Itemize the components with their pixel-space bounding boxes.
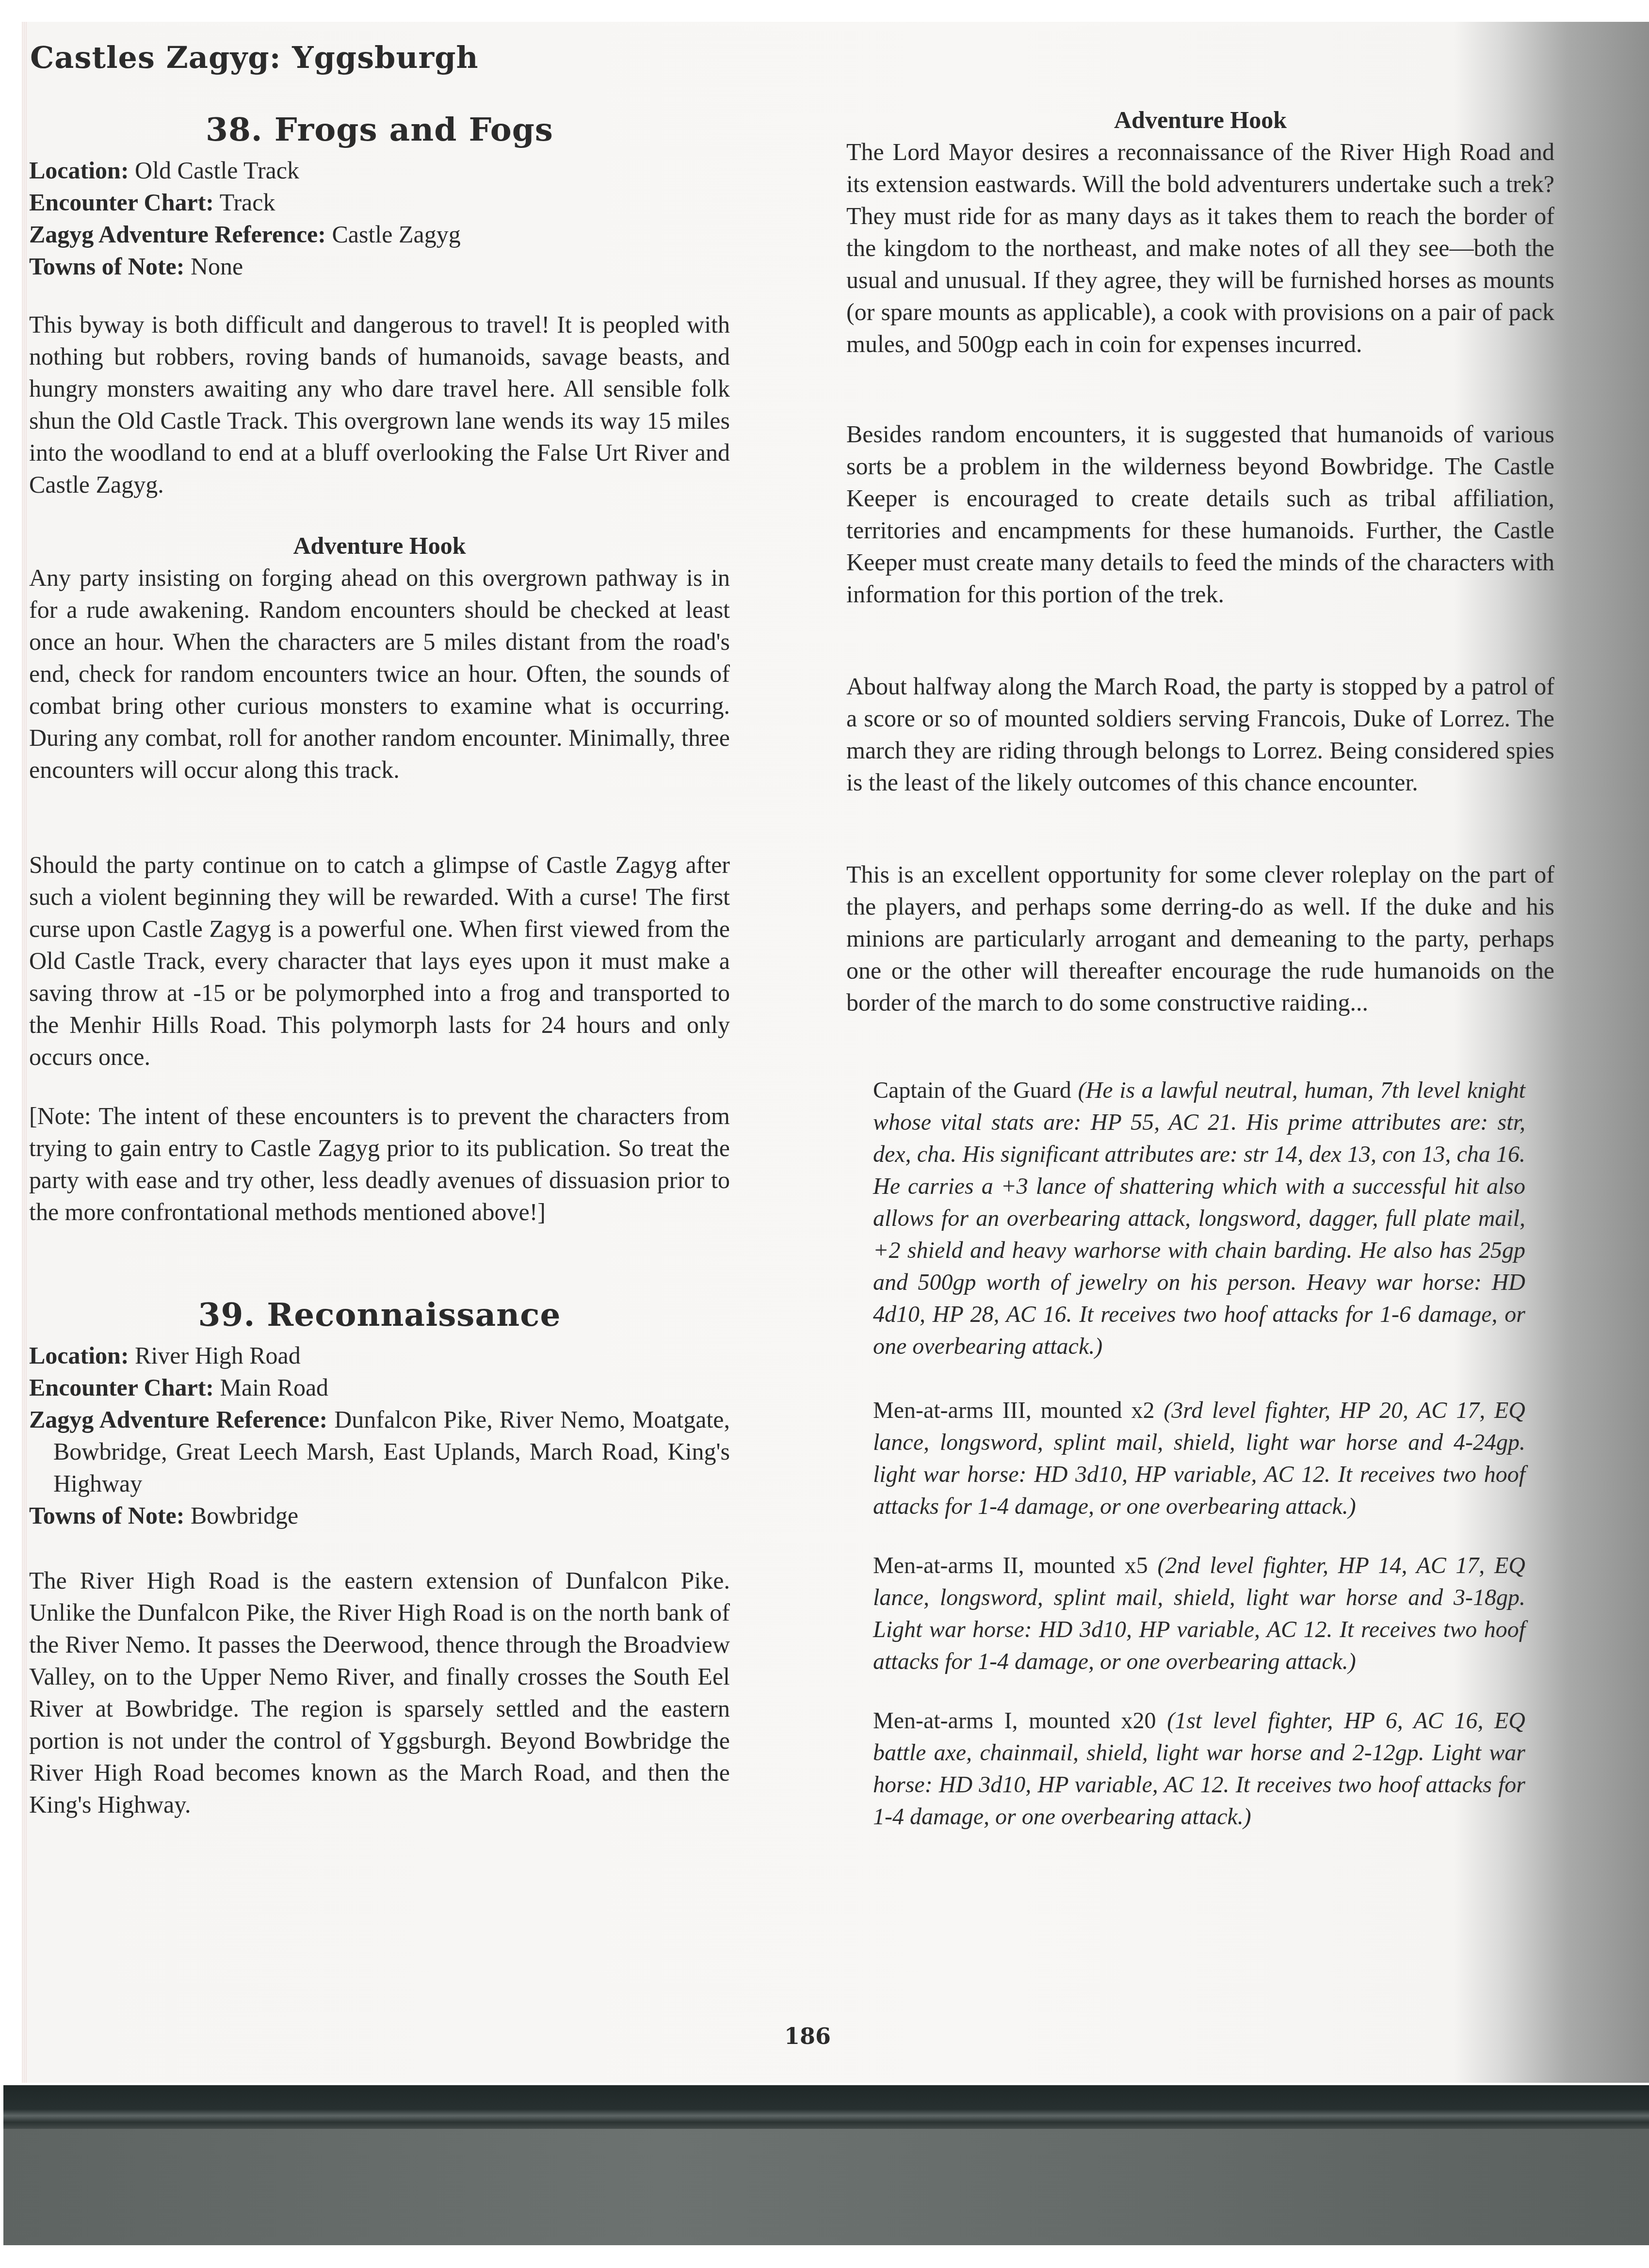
section-38-hook-paragraph: Should the party continue on to catch a … [29, 849, 730, 1073]
encounter-chart-row: Encounter Chart: Main Road [29, 1371, 730, 1403]
section-39-meta: Location: River High Road Encounter Char… [29, 1339, 730, 1531]
page-number: 186 [784, 2023, 831, 2049]
adventure-hook-heading: Adventure Hook [846, 104, 1554, 136]
towns-row: Towns of Note: Bowbridge [29, 1499, 730, 1531]
stat-block-men-at-arms-ii: Men-at-arms II, mounted x5 (2nd level fi… [873, 1550, 1525, 1678]
scanner-bed [3, 2129, 1649, 2245]
stat-block-captain: Captain of the Guard (He is a lawful neu… [873, 1075, 1525, 1363]
towns-label: Towns of Note: [29, 253, 184, 280]
location-value: River High Road [135, 1342, 301, 1369]
stat-block-name: Captain of the Guard [873, 1078, 1071, 1103]
location-label: Location: [29, 157, 129, 184]
adventure-hook-heading: Adventure Hook [29, 530, 730, 562]
adventure-reference-label: Zagyg Adventure Reference: [29, 1406, 327, 1433]
stat-block-name: Men-at-arms III, mounted x2 [873, 1398, 1154, 1423]
stat-block-men-at-arms-iii: Men-at-arms III, mounted x2 (3rd level f… [873, 1395, 1525, 1523]
section-39-hook-paragraph: This is an excellent opportunity for som… [846, 858, 1554, 1018]
location-label: Location: [29, 1342, 129, 1369]
stat-block-name: Men-at-arms II, mounted x5 [873, 1553, 1148, 1578]
towns-label: Towns of Note: [29, 1502, 184, 1529]
adventure-reference-row: Zagyg Adventure Reference: Castle Zagyg [29, 218, 730, 250]
adventure-reference-value: Castle Zagyg [332, 221, 460, 248]
adventure-reference-label: Zagyg Adventure Reference: [29, 221, 326, 248]
towns-value: Bowbridge [191, 1502, 298, 1529]
page-edge [22, 22, 28, 2083]
towns-row: Towns of Note: None [29, 250, 730, 282]
location-row: Location: River High Road [29, 1339, 730, 1371]
section-title-38: 38. Frogs and Fogs [29, 111, 730, 148]
section-38-description: This byway is both difficult and dangero… [29, 308, 730, 500]
encounter-chart-label: Encounter Chart: [29, 189, 214, 216]
section-title-39: 39. Reconnaissance [29, 1296, 730, 1334]
encounter-chart-label: Encounter Chart: [29, 1374, 214, 1401]
section-39-hook-paragraph: Besides random encounters, it is suggest… [846, 418, 1554, 610]
stat-block-stats: (He is a lawful neutral, human, 7th leve… [873, 1078, 1525, 1359]
towns-value: None [191, 253, 243, 280]
stat-block-name: Men-at-arms I, mounted x20 [873, 1708, 1156, 1734]
encounter-chart-row: Encounter Chart: Track [29, 186, 730, 218]
encounter-chart-value: Main Road [220, 1374, 329, 1401]
section-38-note-paragraph: [Note: The intent of these encounters is… [29, 1100, 730, 1228]
location-row: Location: Old Castle Track [29, 154, 730, 186]
location-value: Old Castle Track [135, 157, 299, 184]
section-38-meta: Location: Old Castle Track Encounter Cha… [29, 154, 730, 282]
section-39-hook-paragraph: The Lord Mayor desires a reconnaissance … [846, 136, 1554, 360]
section-38-hook-paragraph: Any party insisting on forging ahead on … [29, 562, 730, 786]
stat-block-men-at-arms-i: Men-at-arms I, mounted x20 (1st level fi… [873, 1705, 1525, 1833]
section-39-description: The River High Road is the eastern exten… [29, 1564, 730, 1820]
adventure-reference-row: Zagyg Adventure Reference: Dunfalcon Pik… [29, 1403, 730, 1499]
encounter-chart-value: Track [220, 189, 275, 216]
section-39-hook-paragraph: About halfway along the March Road, the … [846, 670, 1554, 798]
running-head: Castles Zagyg: Yggsburgh [30, 40, 479, 75]
scanner-edge-shadow [3, 2085, 1649, 2129]
